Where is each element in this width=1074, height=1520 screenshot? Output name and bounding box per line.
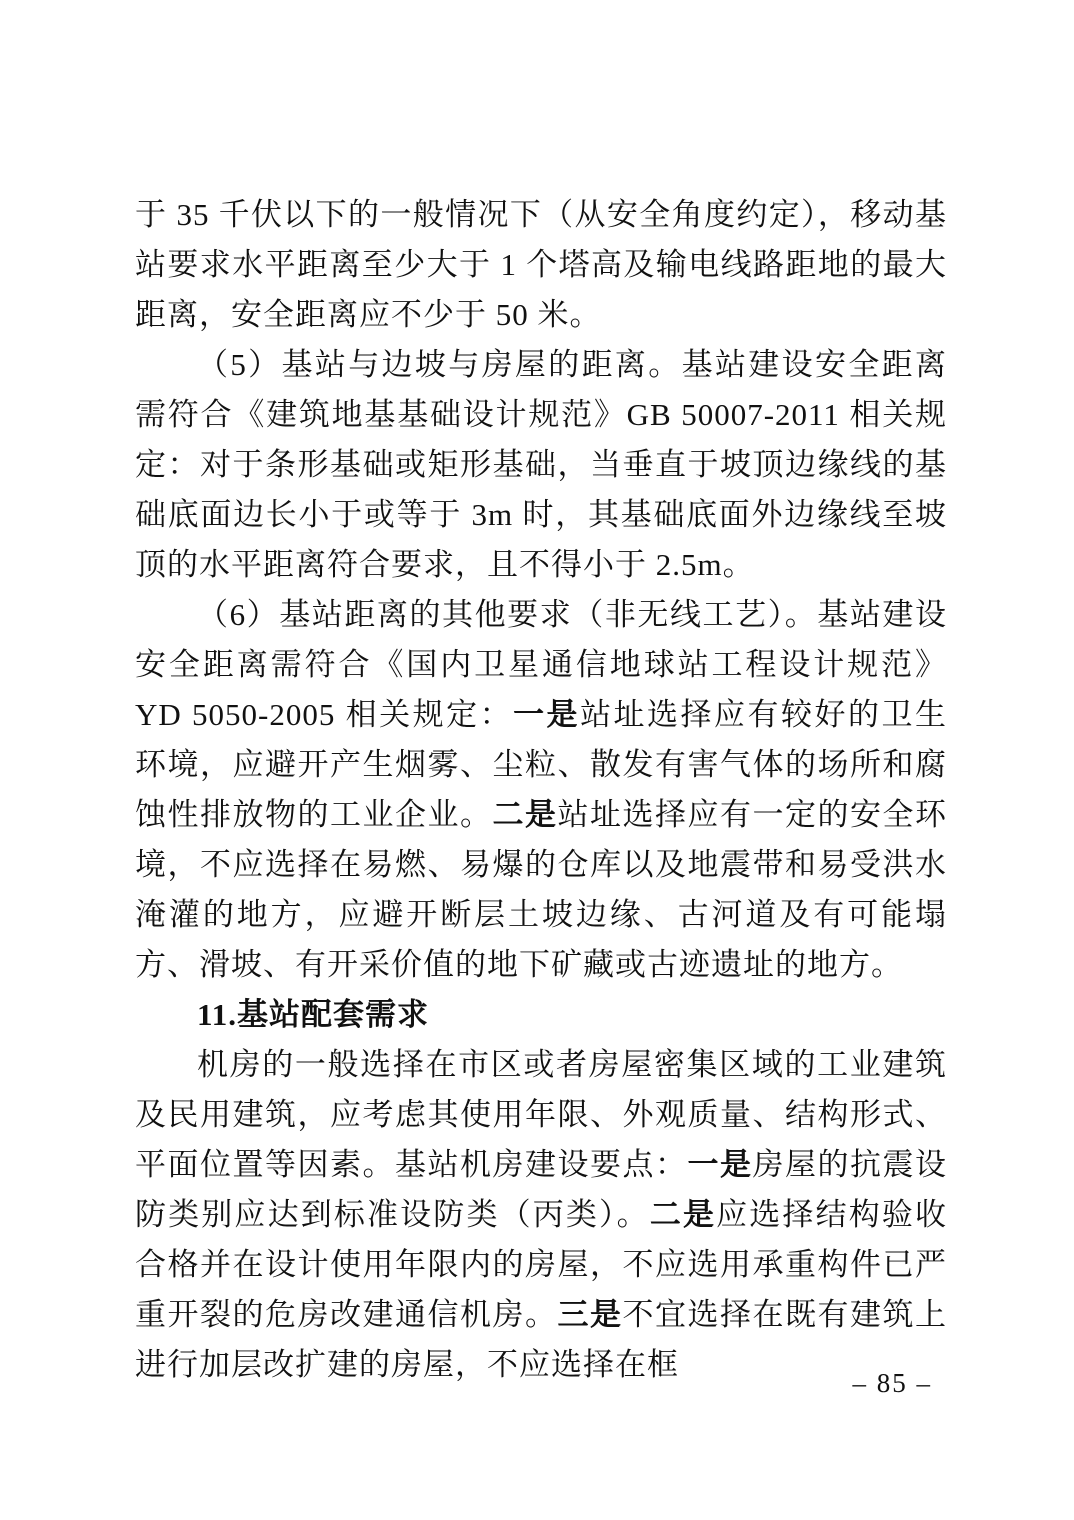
text-run: 于 35 千伏以下的一般情况下（从安全角度约定），移动基站要求水平距离至少大于 … <box>135 197 947 332</box>
paragraph: 机房的一般选择在市区或者房屋密集区域的工业建筑及民用建筑，应考虑其使用年限、外观… <box>135 1040 947 1390</box>
section-heading: 11.基站配套需求 <box>135 990 947 1040</box>
body-text: 于 35 千伏以下的一般情况下（从安全角度约定），移动基站要求水平距离至少大于 … <box>135 190 947 1390</box>
document-page: 于 35 千伏以下的一般情况下（从安全角度约定），移动基站要求水平距离至少大于 … <box>0 0 1074 1520</box>
bold-run: 二是 <box>493 797 558 832</box>
bold-run: 三是 <box>558 1297 623 1332</box>
page-number: – 85 – <box>853 1368 933 1399</box>
text-run: （5）基站与边坡与房屋的距离。基站建设安全距离需符合《建筑地基基础设计规范》GB… <box>135 347 947 582</box>
paragraph: 于 35 千伏以下的一般情况下（从安全角度约定），移动基站要求水平距离至少大于 … <box>135 190 947 340</box>
bold-run: 二是 <box>650 1197 716 1232</box>
bold-run: 一是 <box>513 697 580 732</box>
bold-run: 一是 <box>688 1147 753 1182</box>
paragraph: （6）基站距离的其他要求（非无线工艺）。基站建设安全距离需符合《国内卫星通信地球… <box>135 590 947 990</box>
bold-run: 11.基站配套需求 <box>197 997 429 1032</box>
paragraph: （5）基站与边坡与房屋的距离。基站建设安全距离需符合《建筑地基基础设计规范》GB… <box>135 340 947 590</box>
